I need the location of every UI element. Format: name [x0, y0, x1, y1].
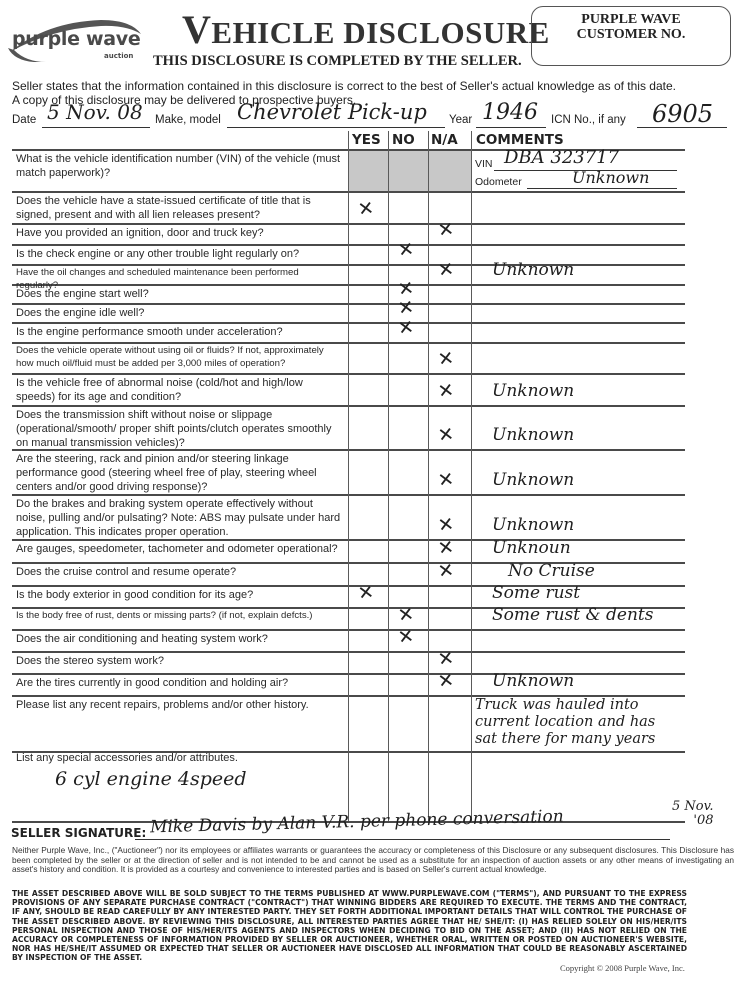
checkmark-x-icon[interactable]: ✕ [437, 559, 456, 583]
odometer-label: Odometer [475, 176, 522, 188]
comment-field[interactable]: Unknown [492, 671, 574, 691]
accessories-label: List any special accessories and/or attr… [16, 752, 238, 764]
column-divider [428, 131, 429, 821]
comment-field[interactable]: Unknown [492, 260, 574, 280]
comment-field[interactable]: Some rust & dents [492, 605, 653, 625]
history-comment[interactable]: Truck was hauled into current location a… [475, 697, 655, 748]
question-text: Is the check engine or any other trouble… [16, 247, 342, 261]
question-text: Do the brakes and braking system operate… [16, 497, 342, 539]
question-text: Please list any recent repairs, problems… [16, 698, 342, 712]
question-text: Does the transmission shift without nois… [16, 408, 342, 450]
signature-date: 5 Nov. '08 [672, 800, 714, 828]
purple-wave-logo: purple wave auction [6, 12, 146, 62]
vin-shaded-cells [348, 149, 471, 191]
column-header-yes: YES [352, 132, 381, 148]
question-text: Have you provided an ignition, door and … [16, 226, 342, 240]
question-text: Does the engine start well? [16, 287, 342, 301]
column-divider [471, 131, 472, 821]
comment-field[interactable]: Unknown [492, 515, 574, 535]
copyright: Copyright © 2008 Purple Wave, Inc. [560, 963, 685, 973]
checkmark-x-icon[interactable]: ✕ [437, 647, 456, 671]
question-text: Are the steering, rack and pinion and/or… [16, 452, 342, 494]
question-text: Is the body exterior in good condition f… [16, 588, 342, 602]
question-text: Does the engine idle well? [16, 306, 342, 320]
checkmark-x-icon[interactable]: ✕ [397, 238, 416, 262]
checkmark-x-icon[interactable]: ✕ [437, 218, 456, 242]
column-divider [348, 131, 349, 821]
date-label: Date [12, 114, 36, 126]
icn-label: ICN No., if any [551, 114, 626, 126]
column-header-no: NO [392, 132, 415, 148]
column-divider [388, 131, 389, 821]
icn-field[interactable]: 6905 [652, 100, 713, 128]
checkmark-x-icon[interactable]: ✕ [437, 379, 456, 403]
comment-field[interactable]: Unknoun [492, 538, 571, 558]
question-text: Is the engine performance smooth under a… [16, 325, 342, 339]
question-text: Does the vehicle operate without using o… [16, 345, 342, 370]
date-field[interactable]: 5 Nov. 08 [47, 100, 143, 124]
checkmark-x-icon[interactable]: ✕ [437, 536, 456, 560]
year-label: Year [449, 114, 472, 126]
page-title: VEHICLE DISCLOSURE [182, 6, 550, 53]
comment-field[interactable]: Some rust [492, 583, 580, 603]
odometer-field[interactable]: Unknown [572, 168, 649, 187]
question-text: What is the vehicle identification numbe… [16, 152, 342, 180]
comment-field[interactable]: Unknown [492, 381, 574, 401]
question-text: Is the vehicle free of abnormal noise (c… [16, 376, 342, 404]
checkmark-x-icon[interactable]: ✕ [357, 197, 376, 221]
column-header-na: N/A [431, 132, 458, 148]
comment-field[interactable]: Unknown [492, 425, 574, 445]
logo-text: purple wave [12, 28, 140, 50]
seller-signature-field[interactable]: Mike Davis by Alan V.R. per phone conver… [150, 807, 564, 838]
checkmark-x-icon[interactable]: ✕ [357, 581, 376, 605]
logo-subtext: auction [104, 52, 133, 60]
question-text: Is the body free of rust, dents or missi… [16, 610, 342, 623]
question-text: Are the tires currently in good conditio… [16, 676, 342, 690]
checkmark-x-icon[interactable]: ✕ [437, 347, 456, 371]
question-text: Does the vehicle have a state-issued cer… [16, 194, 342, 222]
vin-field[interactable]: DBA 323717 [504, 147, 619, 168]
disclaimer-text: Neither Purple Wave, Inc., ("Auctioneer"… [12, 846, 734, 875]
vehicle-info-line: Date 5 Nov. 08 Make, model Chevrolet Pic… [12, 100, 732, 130]
make-model-label: Make, model [155, 114, 221, 126]
page-subtitle: THIS DISCLOSURE IS COMPLETED BY THE SELL… [153, 53, 522, 70]
make-model-field[interactable]: Chevrolet Pick-up [237, 100, 427, 124]
question-text: Are gauges, speedometer, tachometer and … [16, 542, 342, 556]
checkmark-x-icon[interactable]: ✕ [437, 513, 456, 537]
accessories-field[interactable]: 6 cyl engine 4speed [55, 768, 247, 790]
checkmark-x-icon[interactable]: ✕ [397, 603, 416, 627]
question-text: Does the cruise control and resume opera… [16, 565, 342, 579]
seller-signature-label: SELLER SIGNATURE: [11, 826, 146, 840]
customer-number-box[interactable]: PURPLE WAVE CUSTOMER NO. [531, 6, 731, 66]
question-text: Does the stereo system work? [16, 654, 342, 668]
checkmark-x-icon[interactable]: ✕ [437, 669, 456, 693]
checkmark-x-icon[interactable]: ✕ [437, 468, 456, 492]
terms-text: THE ASSET DESCRIBED ABOVE WILL BE SOLD S… [12, 889, 687, 963]
checkmark-x-icon[interactable]: ✕ [437, 423, 456, 447]
vin-label: VIN [475, 158, 493, 170]
checkmark-x-icon[interactable]: ✕ [397, 625, 416, 649]
checkmark-x-icon[interactable]: ✕ [437, 258, 456, 282]
column-header-comments: COMMENTS [476, 132, 564, 148]
checkmark-x-icon[interactable]: ✕ [397, 316, 416, 340]
comment-field[interactable]: Unknown [492, 470, 574, 490]
comment-field[interactable]: No Cruise [508, 561, 595, 581]
year-field[interactable]: 1946 [482, 100, 538, 125]
question-text: Does the air conditioning and heating sy… [16, 632, 342, 646]
